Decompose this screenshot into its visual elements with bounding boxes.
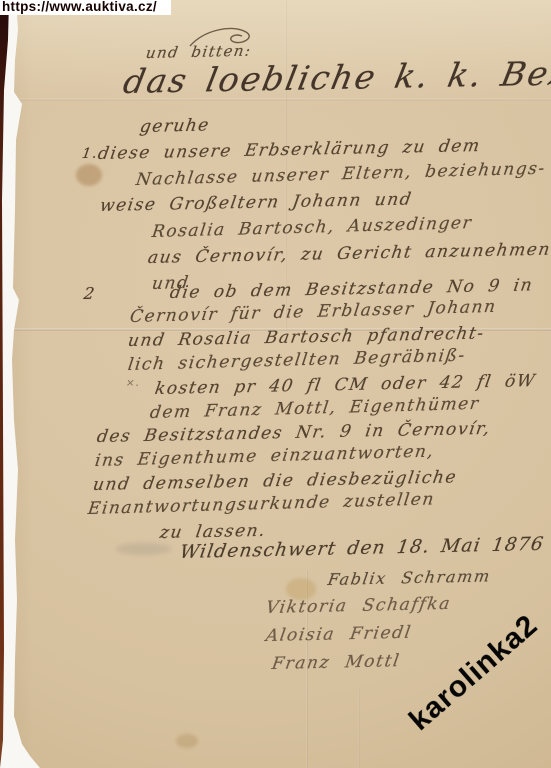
source-url-watermark: https://www.auktiva.cz/ (0, 0, 171, 15)
signature-4: Franz Mottl (270, 651, 401, 674)
source-url-text: https://www.auktiva.cz/ (2, 0, 157, 14)
heading-verb: geruhe (138, 115, 211, 137)
paper-stain (176, 734, 198, 748)
signature-3: Aloisia Friedl (264, 623, 413, 646)
signature-1: Fablix Schramm (327, 566, 493, 589)
fold-crease-horizontal (0, 98, 551, 101)
page-stack-edge (0, 0, 12, 768)
fold-crease-vertical (358, 688, 360, 768)
signature-2: Viktoria Schaffka (264, 594, 452, 618)
paper-sheet: und bitten: das loebliche k. k. Bezirksg… (0, 0, 551, 768)
document-scan: und bitten: das loebliche k. k. Bezirksg… (0, 0, 551, 768)
petition-item-2: die ob dem Besitzstande No 9 in Černovír… (88, 281, 535, 545)
